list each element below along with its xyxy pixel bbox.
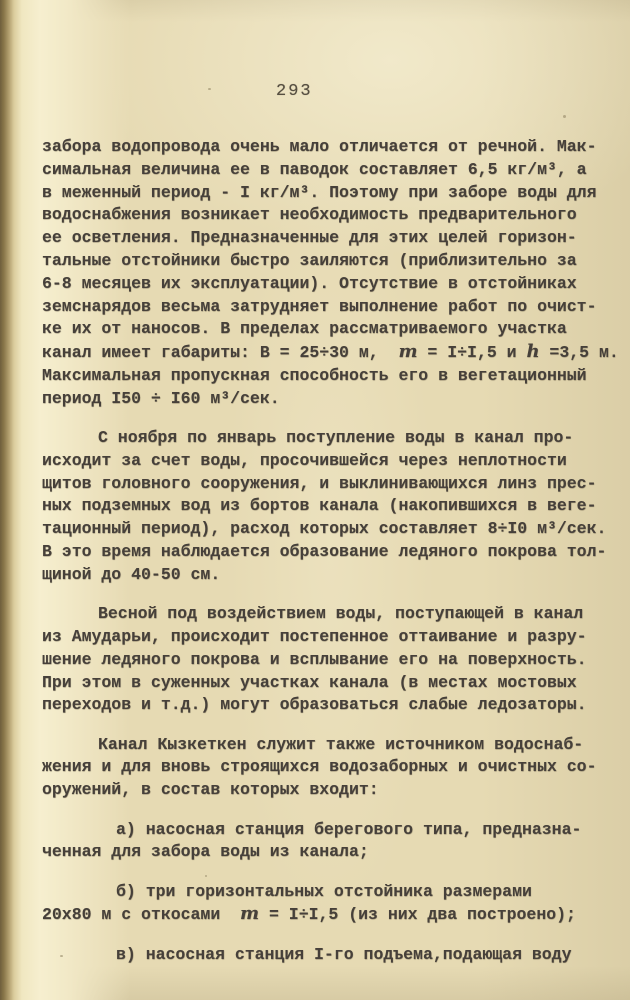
text-line-with-formula: 20x80 м с откосами m = I÷I,5 (из них два… xyxy=(42,903,600,927)
text-line: Максимальная пропускная способность его … xyxy=(42,365,600,388)
text-segment: канал имеет габариты: В = 25÷30 м, xyxy=(42,343,398,362)
text-line: шение ледяного покрова и всплывание его … xyxy=(42,649,600,672)
text-line: забора водопровода очень мало отличается… xyxy=(42,136,600,159)
text-line: исходит за счет воды, просочившейся чере… xyxy=(42,450,600,473)
paper-speck xyxy=(205,875,207,877)
text-line-with-formula: канал имеет габариты: В = 25÷30 м, m = I… xyxy=(42,341,600,365)
text-line: тационный период), расход которых состав… xyxy=(42,518,600,541)
text-line: тальные отстойники быстро заиляются (при… xyxy=(42,250,600,273)
text-line: в) насосная станция I-го подъема,подающа… xyxy=(42,944,600,967)
paper-speck xyxy=(60,955,63,957)
text-segment: = I÷I,5 (из них два построено); xyxy=(259,905,576,924)
text-line: При этом в суженных участках канала (в м… xyxy=(42,672,600,695)
paper-speck xyxy=(563,115,566,118)
formula-var-m: m xyxy=(398,341,417,362)
text-line: 6-8 месяцев их эксплуатации). Отсутствие… xyxy=(42,273,600,296)
paper-speck xyxy=(461,256,463,258)
text-line: ченная для забора воды из канала; xyxy=(42,841,600,864)
document-text: забора водопровода очень мало отличается… xyxy=(42,134,600,983)
text-line: ных подземных вод из бортов канала (нако… xyxy=(42,495,600,518)
text-line: б) три горизонтальных отстойника размера… xyxy=(42,881,600,904)
text-line: а) насосная станция берегового типа, пре… xyxy=(42,819,600,842)
text-line: ее осветления. Предназначенные для этих … xyxy=(42,227,600,250)
text-line: симальная величина ее в паводок составля… xyxy=(42,159,600,182)
text-line: жения и для вновь строящихся водозаборны… xyxy=(42,756,600,779)
text-line: земснарядов весьма затрудняет выполнение… xyxy=(42,296,600,319)
scanned-typewritten-page: { "page": { "number": "293" }, "colors":… xyxy=(0,0,630,1000)
text-line: период I50 ÷ I60 м³/сек. xyxy=(42,388,600,411)
paper-speck xyxy=(208,88,211,90)
text-line: С ноября по январь поступление воды в ка… xyxy=(42,427,600,450)
text-line: переходов и т.д.) могут образоваться сла… xyxy=(42,694,600,717)
formula-var-m: m xyxy=(240,903,259,924)
text-line: из Амударьи, происходит постепенное отта… xyxy=(42,626,600,649)
page-number: 293 xyxy=(276,82,313,101)
text-segment: = I÷I,5 и xyxy=(418,343,527,362)
text-line: В это время наблюдается образование ледя… xyxy=(42,541,600,564)
text-line: Весной под воздействием воды, поступающе… xyxy=(42,603,600,626)
text-line: ке их от наносов. В пределах рассматрива… xyxy=(42,318,600,341)
text-line: оружений, в состав которых входит: xyxy=(42,779,600,802)
text-line: Канал Кызкеткен служит также источником … xyxy=(42,734,600,757)
text-line: водоснабжения возникает необходимость пр… xyxy=(42,204,600,227)
text-line: в меженный период - I кг/м³. Поэтому при… xyxy=(42,182,600,205)
formula-var-h: h xyxy=(526,341,539,362)
text-line: щиной до 40-50 см. xyxy=(42,564,600,587)
text-segment: 20x80 м с откосами xyxy=(42,905,240,924)
text-line: щитов головного сооружения, и выклиниваю… xyxy=(42,473,600,496)
text-segment: =3,5 м. xyxy=(540,343,619,362)
